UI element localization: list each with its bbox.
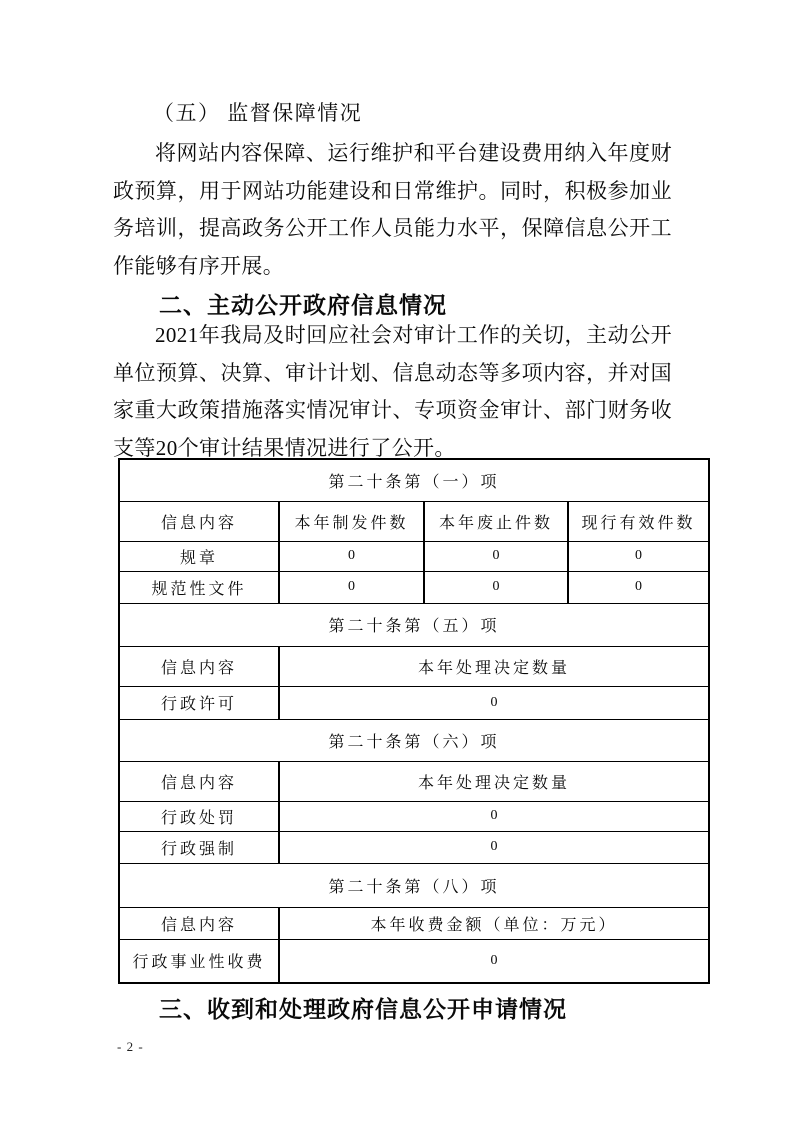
table-row: 第二十条第（一）项	[119, 459, 709, 501]
column-header: 现行有效件数	[568, 501, 709, 541]
column-header: 本年处理决定数量	[279, 646, 709, 686]
row-label: 行政强制	[119, 831, 279, 863]
column-header: 本年收费金额（单位：万元）	[279, 907, 709, 939]
table-row: 第二十条第（五）项	[119, 603, 709, 646]
column-header: 本年废止件数	[424, 501, 568, 541]
page-number: - 2 -	[117, 1039, 144, 1055]
cell-value: 0	[568, 541, 709, 571]
cell-value: 0	[279, 686, 709, 719]
disclosure-statistics-table: 第二十条第（一）项 信息内容 本年制发件数 本年废止件数 现行有效件数 规章 0…	[118, 458, 710, 984]
table-row: 行政强制 0	[119, 831, 709, 863]
table-section-title: 第二十条第（一）项	[119, 459, 709, 501]
section-two-paragraph: 2021年我局及时回应社会对审计工作的关切，主动公开单位预算、决算、审计计划、信…	[113, 317, 672, 467]
table-row: 第二十条第（六）项	[119, 719, 709, 761]
table-row: 信息内容 本年收费金额（单位：万元）	[119, 907, 709, 939]
table-row: 信息内容 本年处理决定数量	[119, 761, 709, 801]
table-row: 行政事业性收费 0	[119, 939, 709, 983]
cell-value: 0	[568, 571, 709, 603]
column-header: 本年处理决定数量	[279, 761, 709, 801]
document-page: （五） 监督保障情况 将网站内容保障、运行维护和平台建设费用纳入年度财政预算，用…	[0, 0, 793, 1122]
table-row: 信息内容 本年处理决定数量	[119, 646, 709, 686]
section-five-heading: （五） 监督保障情况	[113, 97, 673, 127]
cell-value: 0	[424, 571, 568, 603]
row-label: 行政许可	[119, 686, 279, 719]
table-section-title: 第二十条第（六）项	[119, 719, 709, 761]
section-two-heading: 二、主动公开政府信息情况	[113, 287, 733, 320]
section-five-paragraph: 将网站内容保障、运行维护和平台建设费用纳入年度财政预算，用于网站功能建设和日常维…	[113, 135, 672, 285]
column-header: 信息内容	[119, 907, 279, 939]
table-row: 第二十条第（八）项	[119, 863, 709, 907]
column-header: 信息内容	[119, 646, 279, 686]
cell-value: 0	[279, 541, 424, 571]
cell-value: 0	[279, 801, 709, 831]
row-label: 行政事业性收费	[119, 939, 279, 983]
cell-value: 0	[279, 831, 709, 863]
column-header: 本年制发件数	[279, 501, 424, 541]
row-label: 行政处罚	[119, 801, 279, 831]
cell-value: 0	[279, 571, 424, 603]
table-row: 规范性文件 0 0 0	[119, 571, 709, 603]
cell-value: 0	[424, 541, 568, 571]
table-row: 规章 0 0 0	[119, 541, 709, 571]
table-section-title: 第二十条第（五）项	[119, 603, 709, 646]
table-row: 信息内容 本年制发件数 本年废止件数 现行有效件数	[119, 501, 709, 541]
section-three-heading: 三、收到和处理政府信息公开申请情况	[113, 991, 733, 1024]
cell-value: 0	[279, 939, 709, 983]
row-label: 规范性文件	[119, 571, 279, 603]
row-label: 规章	[119, 541, 279, 571]
column-header: 信息内容	[119, 761, 279, 801]
table-row: 行政处罚 0	[119, 801, 709, 831]
table-row: 行政许可 0	[119, 686, 709, 719]
table-section-title: 第二十条第（八）项	[119, 863, 709, 907]
column-header: 信息内容	[119, 501, 279, 541]
